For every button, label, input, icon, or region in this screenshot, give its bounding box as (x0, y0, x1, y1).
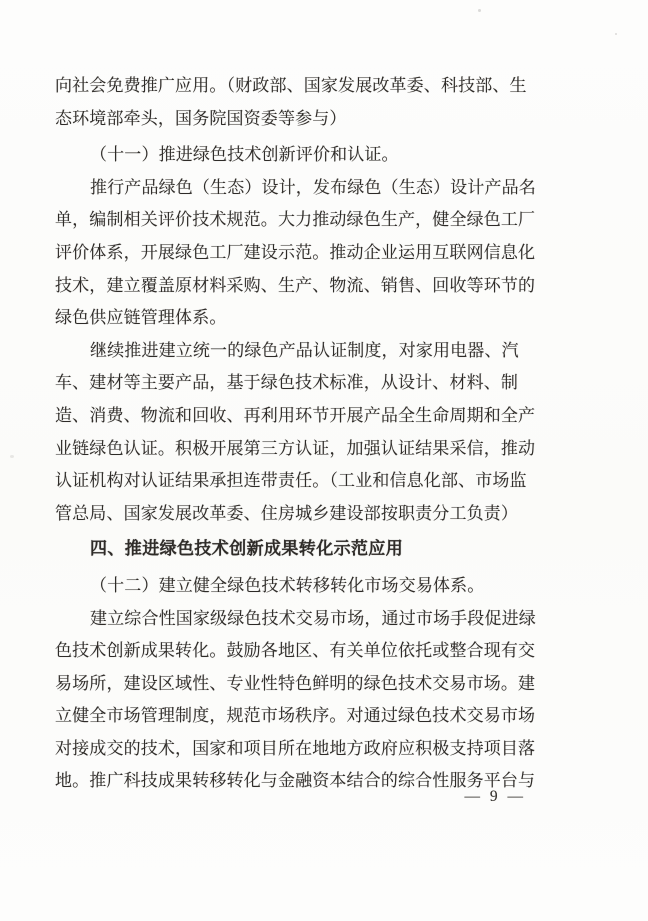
text-line: 车、建材等主要产品，基于绿色技术标准，从设计、材料、制 (55, 367, 539, 400)
text-line: 技术，建立覆盖原材料采购、生产、物流、销售、回收等环节的 (55, 270, 539, 303)
text-line: 立健全市场管理制度，规范市场秩序。对通过绿色技术交易市场 (55, 700, 539, 733)
text-line: 向社会免费推广应用。（财政部、国家发展改革委、科技部、生 (55, 70, 539, 103)
text-line: 态环境部牵头，国务院国资委等参与） (55, 103, 539, 136)
paragraph: 向社会免费推广应用。（财政部、国家发展改革委、科技部、生态环境部牵头，国务院国资… (55, 70, 539, 135)
page-number: — 9 — (465, 788, 527, 806)
text-line: 绿色供应链管理体系。 (55, 302, 539, 335)
text-line: 认证机构对认证结果承担连带责任。（工业和信息化部、市场监 (55, 465, 539, 498)
scan-speck (615, 33, 617, 35)
paragraph: 继续推进建立统一的绿色产品认证制度，对家用电器、汽车、建材等主要产品，基于绿色技… (55, 335, 539, 531)
text-line: 四、推进绿色技术创新成果转化示范应用 (55, 533, 539, 566)
text-line: 业链绿色认证。积极开展第三方认证，加强认证结果采信，推动 (55, 433, 539, 466)
text-line: 造、消费、物流和回收、再利用环节开展产品全生命周期和全产 (55, 400, 539, 433)
text-line: （十一）推进绿色技术创新评价和认证。 (55, 139, 539, 172)
scanned-document-page: 向社会免费推广应用。（财政部、国家发展改革委、科技部、生态环境部牵头，国务院国资… (0, 0, 648, 921)
text-line: 评价体系，开展绿色工厂建设示范。推动企业运用互联网信息化 (55, 237, 539, 270)
text-line: 继续推进建立统一的绿色产品认证制度，对家用电器、汽 (55, 335, 539, 368)
text-line: 色技术创新成果转化。鼓励各地区、有关单位依托或整合现有交 (55, 635, 539, 668)
text-line: （十二）建立健全绿色技术转移转化市场交易体系。 (55, 570, 539, 603)
paragraph: 建立综合性国家级绿色技术交易市场，通过市场手段促进绿色技术创新成果转化。鼓励各地… (55, 603, 539, 799)
scan-speck (10, 455, 14, 458)
document-body: 向社会免费推广应用。（财政部、国家发展改革委、科技部、生态环境部牵头，国务院国资… (55, 70, 539, 798)
text-line: 易场所，建设区域性、专业性特色鲜明的绿色技术交易市场。建 (55, 668, 539, 701)
text-line: 管总局、国家发展改革委、住房城乡建设部按职责分工负责） (55, 498, 539, 531)
text-line: 对接成交的技术，国家和项目所在地地方政府应积极支持项目落 (55, 733, 539, 766)
section-heading: （十二）建立健全绿色技术转移转化市场交易体系。 (55, 570, 539, 603)
text-line: 推行产品绿色（生态）设计，发布绿色（生态）设计产品名 (55, 172, 539, 205)
section-heading: （十一）推进绿色技术创新评价和认证。 (55, 139, 539, 172)
text-line: 建立综合性国家级绿色技术交易市场，通过市场手段促进绿 (55, 603, 539, 636)
scan-speck (478, 9, 481, 12)
text-line: 单，编制相关评价技术规范。大力推动绿色生产，健全绿色工厂 (55, 204, 539, 237)
section-heading: 四、推进绿色技术创新成果转化示范应用 (55, 533, 539, 566)
paragraph: 推行产品绿色（生态）设计，发布绿色（生态）设计产品名单，编制相关评价技术规范。大… (55, 172, 539, 335)
